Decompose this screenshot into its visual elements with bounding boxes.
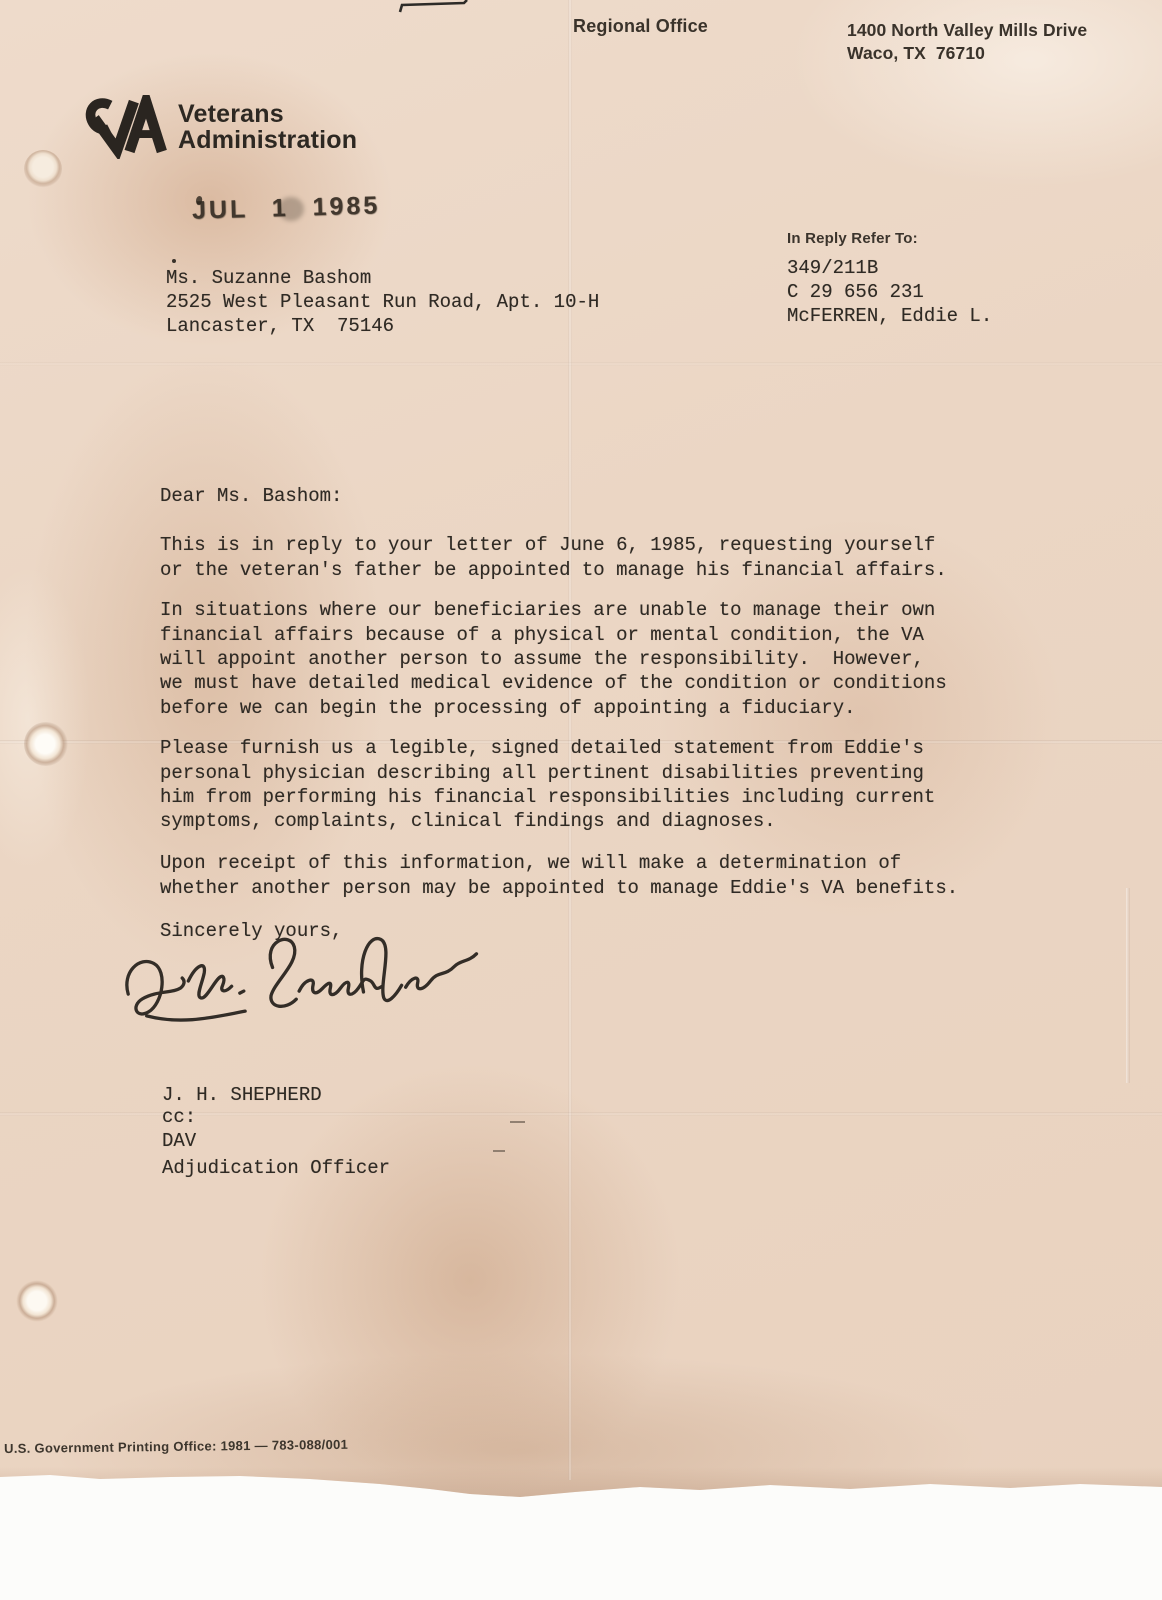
- stamp-smudge: [278, 197, 304, 221]
- paragraph: This is in reply to your letter of June …: [160, 533, 984, 582]
- agency-name: Veterans Administration: [178, 95, 357, 153]
- stray-dash: [510, 1121, 525, 1123]
- va-monogram-icon: [84, 95, 168, 159]
- reference-label: In Reply Refer To:: [787, 230, 992, 247]
- signer-name: J. H. SHEPHERD: [162, 1083, 390, 1107]
- scan-background: Regional Office 1400 North Valley Mills …: [0, 0, 1162, 1600]
- agency-logo: Veterans Administration: [84, 95, 357, 159]
- letter-body: Dear Ms. Bashom: This is in reply to you…: [160, 484, 984, 944]
- letter-page: Regional Office 1400 North Valley Mills …: [0, 0, 1162, 1500]
- recipient-address: Ms. Suzanne Bashom 2525 West Pleasant Ru…: [166, 266, 599, 339]
- reference-block: In Reply Refer To: 349/211B C 29 656 231…: [787, 230, 992, 329]
- paragraph: Upon receipt of this information, we wil…: [160, 851, 984, 900]
- punch-hole: [24, 722, 68, 766]
- punch-hole: [16, 1280, 58, 1322]
- gpo-imprint: U.S. Government Printing Office: 1981 — …: [4, 1437, 348, 1456]
- fold-crease-horizontal-1: [0, 362, 1162, 366]
- stray-ink-dot: [172, 259, 176, 263]
- punch-hole: [24, 150, 62, 188]
- salutation: Dear Ms. Bashom:: [160, 484, 984, 508]
- paragraph: In situations where our beneficiaries ar…: [160, 598, 984, 720]
- signature-handwriting-icon: [121, 923, 485, 1043]
- regional-office-label: Regional Office: [573, 16, 708, 37]
- cc-block: cc: DAV: [162, 1105, 196, 1153]
- office-address: 1400 North Valley Mills Drive Waco, TX 7…: [847, 19, 1087, 64]
- edge-crease: [1126, 888, 1130, 1083]
- stray-dash: [493, 1150, 505, 1152]
- paper-corner-line: [396, 0, 476, 16]
- signer-title: Adjudication Officer: [162, 1156, 390, 1180]
- agency-name-line1: Veterans: [178, 101, 357, 127]
- paragraph: Please furnish us a legible, signed deta…: [160, 736, 984, 834]
- agency-name-line2: Administration: [178, 127, 357, 153]
- reference-lines: 349/211B C 29 656 231 McFERREN, Eddie L.: [787, 256, 992, 329]
